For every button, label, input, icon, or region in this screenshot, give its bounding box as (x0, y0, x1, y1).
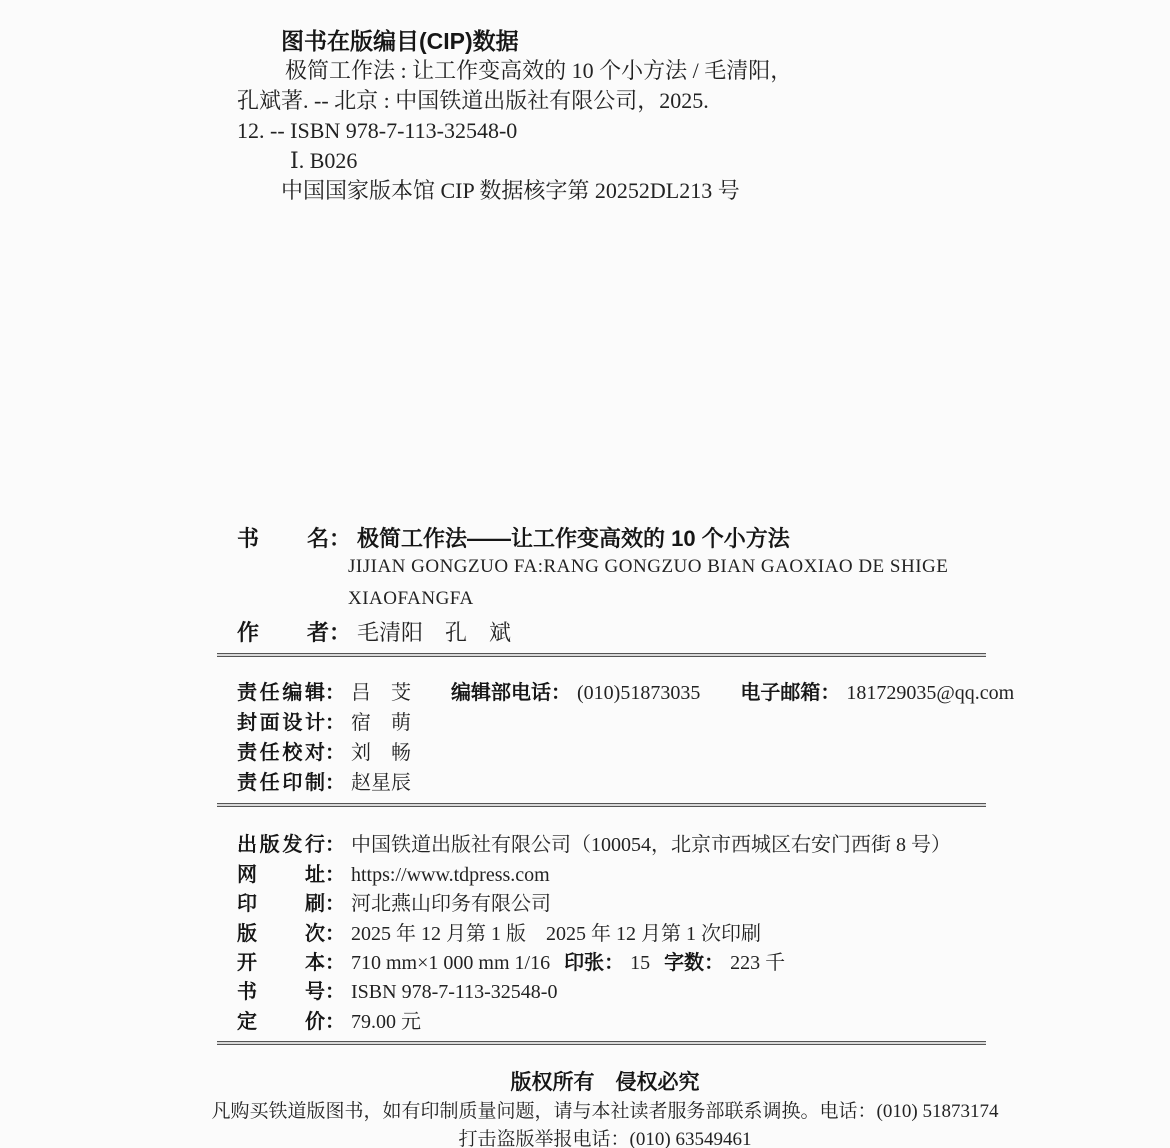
author-label: 作者 (237, 616, 329, 647)
email-address: 181729035@qq.com (846, 682, 1014, 705)
piracy-report-line: 打击盗版举报电话：(010) 63549461 (40, 1124, 1170, 1148)
cip-line-3: 12. -- ISBN 978-7-113-32548-0 (237, 116, 977, 146)
dept-phone-colon: ： (551, 676, 571, 705)
price-label: 定价 (237, 1005, 325, 1034)
pinyin-line-1: JIJIAN GONGZUO FA:RANG GONGZUO BIAN GAOX… (348, 556, 948, 578)
price-colon: ： (325, 1005, 345, 1034)
isbn-row: 书号：ISBN 978-7-113-32548-0 (237, 975, 557, 1004)
sheets-label: 印张 (564, 946, 604, 975)
word-count-colon: ： (704, 946, 724, 975)
edition-row: 版次：2025 年 12 月第 1 版 2025 年 12 月第 1 次印刷 (237, 917, 761, 946)
format-size: 710 mm×1 000 mm 1/16 (351, 952, 550, 975)
proofreader-row: 责任校对：刘 畅 (237, 736, 411, 765)
editor-name: 吕 芠 (351, 676, 421, 705)
publisher-row: 出版发行：中国铁道出版社有限公司（100054，北京市西城区右安门西街 8 号） (237, 828, 951, 857)
divider-top (217, 653, 986, 657)
word-count-label: 字数 (664, 946, 704, 975)
editor-colon: ： (325, 676, 345, 705)
print-supervisor-colon: ： (325, 766, 345, 795)
book-title-label: 书名 (237, 522, 329, 553)
editor-label: 责任编辑 (237, 676, 325, 705)
author-colon: ： (329, 616, 351, 647)
email-colon: ： (820, 676, 840, 705)
book-title-text: 极简工作法——让工作变高效的 10 个小方法 (357, 522, 790, 553)
book-title-row: 书名：极简工作法——让工作变高效的 10 个小方法 (237, 522, 790, 553)
dept-phone-label: 编辑部电话 (451, 676, 551, 705)
cover-design-name: 宿 萌 (351, 706, 411, 735)
author-row: 作者：毛清阳 孔 斌 (237, 616, 511, 647)
pinyin-line-2: XIAOFANGFA (348, 588, 474, 610)
cip-heading: 图书在版编目(CIP)数据 (237, 26, 977, 56)
editor-row: 责任编辑：吕 芠 编辑部电话：(010)51873035 电子邮箱：181729… (237, 676, 1014, 705)
edition-colon: ： (325, 917, 345, 946)
proofreader-name: 刘 畅 (351, 736, 411, 765)
cip-line-5: 中国国家版本馆 CIP 数据核字第 20252DL213 号 (237, 176, 977, 206)
divider-middle (217, 803, 986, 807)
cip-block: 图书在版编目(CIP)数据 极简工作法 : 让工作变高效的 10 个小方法 / … (237, 26, 977, 206)
print-supervisor-row: 责任印制：赵星辰 (237, 766, 411, 795)
website-label: 网址 (237, 858, 325, 887)
publisher-label: 出版发行 (237, 828, 325, 857)
price-value: 79.00 元 (351, 1005, 421, 1034)
service-contact-line: 凡购买铁道版图书，如有印制质量问题，请与本社读者服务部联系调换。电话：(010)… (40, 1096, 1170, 1123)
author-names: 毛清阳 孔 斌 (357, 616, 511, 647)
isbn-colon: ： (325, 975, 345, 1004)
website-row: 网址：https://www.tdpress.com (237, 858, 550, 887)
website-colon: ： (325, 858, 345, 887)
sheets-count: 15 (630, 952, 650, 975)
edition-info: 2025 年 12 月第 1 版 2025 年 12 月第 1 次印刷 (351, 917, 761, 946)
format-row: 开本：710 mm×1 000 mm 1/16 印张：15 字数：223 千 (237, 946, 785, 975)
printer-label: 印刷 (237, 887, 325, 916)
word-count-value: 223 千 (730, 946, 785, 975)
copyright-notice: 版权所有 侵权必究 (40, 1066, 1170, 1096)
cover-design-label: 封面设计 (237, 706, 325, 735)
printer-colon: ： (325, 887, 345, 916)
dept-phone-number: (010)51873035 (577, 682, 700, 705)
print-supervisor-name: 赵星辰 (351, 766, 411, 795)
format-label: 开本 (237, 946, 325, 975)
cip-line-2: 孔斌著. -- 北京 : 中国铁道出版社有限公司，2025. (237, 86, 977, 116)
cover-design-row: 封面设计：宿 萌 (237, 706, 411, 735)
isbn-label: 书号 (237, 975, 325, 1004)
isbn-number: ISBN 978-7-113-32548-0 (351, 981, 557, 1004)
printer-name: 河北燕山印务有限公司 (351, 887, 551, 916)
edition-label: 版次 (237, 917, 325, 946)
copyright-page: 图书在版编目(CIP)数据 极简工作法 : 让工作变高效的 10 个小方法 / … (0, 0, 1170, 1148)
sheets-colon: ： (604, 946, 624, 975)
price-row: 定价：79.00 元 (237, 1005, 421, 1034)
cover-design-colon: ： (325, 706, 345, 735)
cip-line-1: 极简工作法 : 让工作变高效的 10 个小方法 / 毛清阳， (237, 56, 977, 86)
publisher-name-address: 中国铁道出版社有限公司（100054，北京市西城区右安门西街 8 号） (351, 828, 951, 857)
website-url: https://www.tdpress.com (351, 864, 550, 887)
printer-row: 印刷：河北燕山印务有限公司 (237, 887, 551, 916)
print-supervisor-label: 责任印制 (237, 766, 325, 795)
cip-line-4: Ⅰ. B026 (237, 146, 977, 176)
book-title-colon: ： (329, 522, 351, 553)
proofreader-colon: ： (325, 736, 345, 765)
divider-bottom (217, 1041, 986, 1045)
publisher-colon: ： (325, 828, 345, 857)
email-label: 电子邮箱 (740, 676, 820, 705)
format-colon: ： (325, 946, 345, 975)
proofreader-label: 责任校对 (237, 736, 325, 765)
